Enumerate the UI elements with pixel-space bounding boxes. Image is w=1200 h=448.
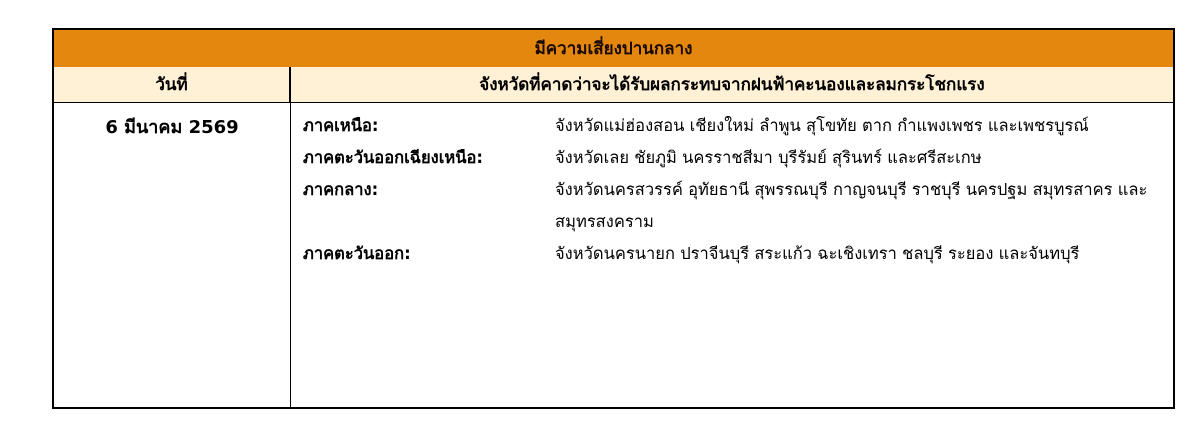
region-north: ภาคเหนือ: จังหวัดแม่ฮ่องสอน เชียงใหม่ ลำ…	[303, 110, 1161, 142]
region-provinces: จังหวัดนครสวรรค์ อุทัยธานี สุพรรณบุรี กา…	[555, 174, 1161, 238]
header-row: วันที่ จังหวัดที่คาดว่าจะได้รับผลกระทบจา…	[54, 67, 1173, 103]
table-row: 6 มีนาคม 2569 ภาคเหนือ: จังหวัดแม่ฮ่องสอ…	[54, 102, 1173, 407]
region-label: ภาคกลาง:	[303, 174, 555, 238]
regions-cell: ภาคเหนือ: จังหวัดแม่ฮ่องสอน เชียงใหม่ ลำ…	[291, 102, 1173, 407]
date-column-header: วันที่	[54, 67, 291, 102]
region-label: ภาคตะวันออกเฉียงเหนือ:	[303, 142, 555, 174]
region-label: ภาคเหนือ:	[303, 110, 555, 142]
region-label: ภาคตะวันออก:	[303, 238, 555, 270]
risk-level-title: มีความเสี่ยงปานกลาง	[54, 30, 1173, 68]
date-cell: 6 มีนาคม 2569	[54, 102, 291, 407]
region-provinces: จังหวัดนครนายก ปราจีนบุรี สระแก้ว ฉะเชิง…	[555, 238, 1161, 270]
risk-table: มีความเสี่ยงปานกลาง วันที่ จังหวัดที่คาด…	[52, 28, 1175, 409]
region-provinces: จังหวัดเลย ชัยภูมิ นครราชสีมา บุรีรัมย์ …	[555, 142, 1161, 174]
region-central: ภาคกลาง: จังหวัดนครสวรรค์ อุทัยธานี สุพร…	[303, 174, 1161, 238]
provinces-column-header: จังหวัดที่คาดว่าจะได้รับผลกระทบจากฝนฟ้าค…	[291, 67, 1173, 102]
region-provinces: จังหวัดแม่ฮ่องสอน เชียงใหม่ ลำพูน สุโขทั…	[555, 110, 1161, 142]
region-northeast: ภาคตะวันออกเฉียงเหนือ: จังหวัดเลย ชัยภูม…	[303, 142, 1161, 174]
region-east: ภาคตะวันออก: จังหวัดนครนายก ปราจีนบุรี ส…	[303, 238, 1161, 270]
